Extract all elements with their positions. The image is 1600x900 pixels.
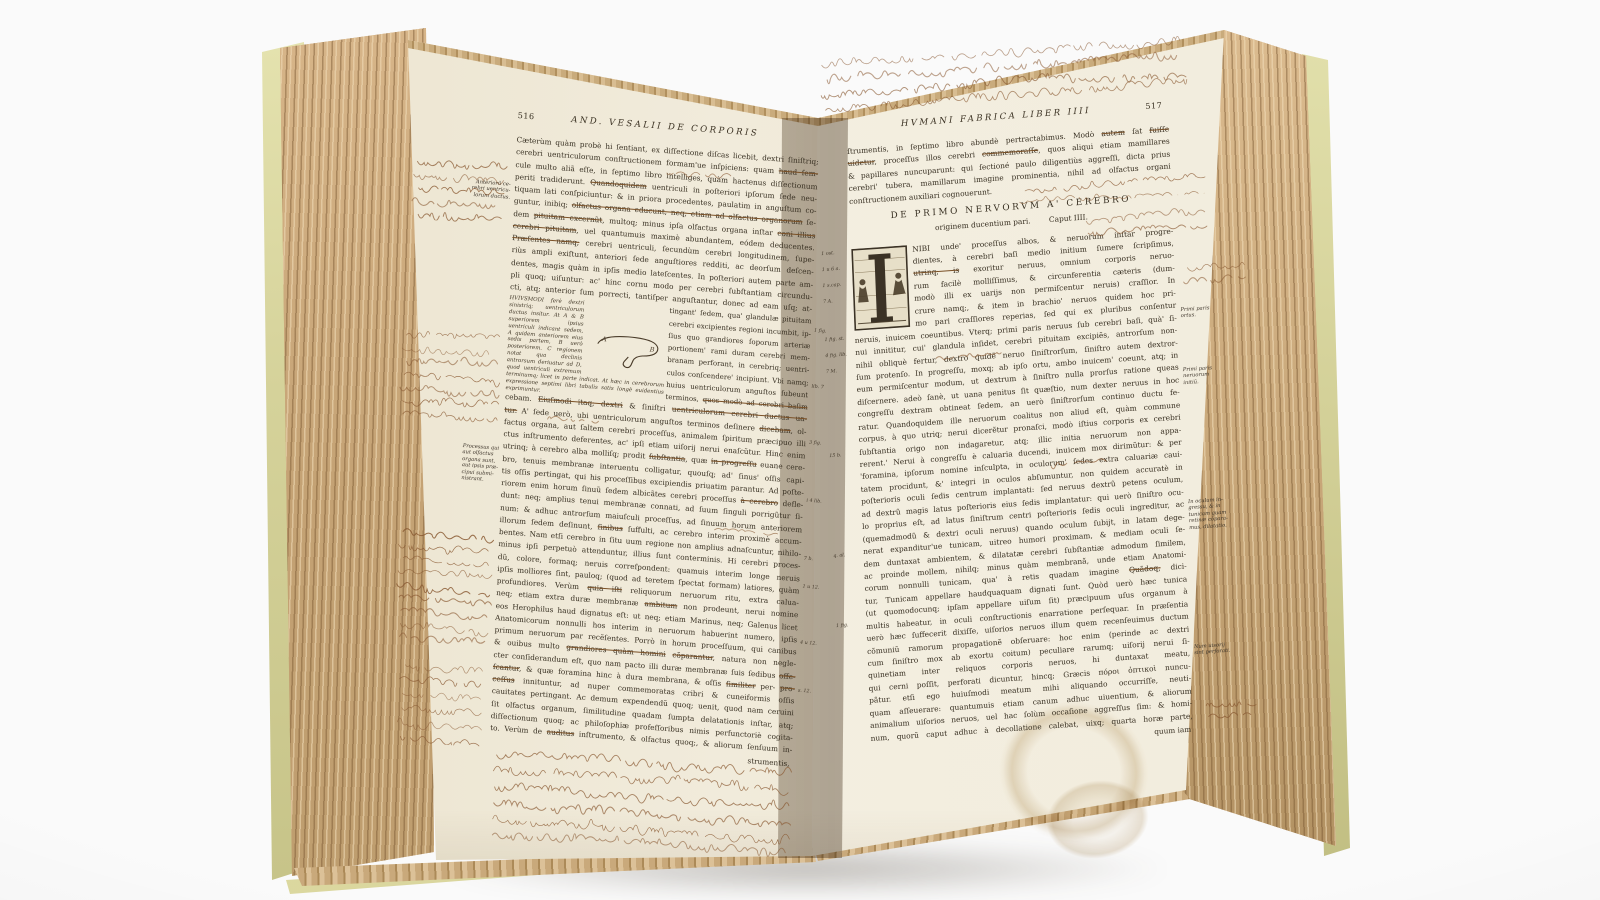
figure-reference: 7 b.	[804, 557, 813, 563]
book-photograph: 516 AND. VESALII DE CORPORIS Cæterùm quà…	[0, 0, 1600, 900]
figure-reference: 1 s.cap.	[822, 283, 841, 290]
figure-reference: s. 12.	[798, 689, 811, 696]
margin-note-num-uisorij: Num uisorij sint perforati.	[1194, 641, 1247, 657]
chapter-caput: Caput IIII.	[1049, 213, 1088, 225]
historiated-initial-I	[851, 245, 910, 331]
figure-reference: 1 u 6 a.	[822, 267, 840, 274]
left-page-content: 516 AND. VESALII DE CORPORIS Cæterùm quà…	[490, 110, 820, 757]
header-spacer	[796, 139, 820, 141]
page-number-left: 516	[517, 110, 534, 123]
figure-reference: 7 A.	[823, 299, 833, 305]
margin-note-primi-paris-ortus: Primi paris ortus.	[1180, 304, 1233, 320]
figure-reference: 1 u 12.	[802, 585, 819, 592]
page-number-right: 517	[1145, 100, 1162, 114]
right-page-body-text: NIBI unde' proceſſus albos, & neruorum i…	[851, 225, 1193, 745]
margin-note-anterior-ducts: Anteriorũ ce- rebri uentricu- lorum duct…	[454, 178, 511, 201]
left-page-body-text: Cæterùm quàm probè hi ſentiant, ex diſſe…	[490, 134, 819, 757]
figure-reference: lib. 7	[811, 385, 824, 392]
handwriting-strokes	[1182, 254, 1249, 287]
handwriting-strokes	[394, 523, 495, 648]
figure-reference: 1 fig.	[814, 329, 827, 336]
figure-reference: 1 ost.	[821, 251, 835, 258]
handwriting-strokes	[398, 326, 504, 426]
figure-reference: 15 b.	[829, 453, 841, 460]
catchword-right: quum iam	[1154, 724, 1191, 739]
margin-note-in-oculum: In oculum in- gressu, & in tunicam quam …	[1188, 496, 1241, 532]
handwriting-strokes	[395, 655, 487, 748]
handwriting-strokes	[1200, 695, 1257, 721]
margin-figure-references-right-page: 1 ost.1 u 6 a.1 s.cap.7 A.1 fig. st.4 fi…	[816, 122, 842, 124]
handwritten-annotation	[394, 523, 496, 652]
book-shadow	[295, 830, 1315, 900]
catchword-left: strumentis,	[747, 755, 790, 770]
handwritten-annotation	[1182, 254, 1249, 291]
figure-reference: i 4 lib.	[806, 499, 822, 506]
figure-reference: 4 u 12.	[800, 641, 817, 648]
margin-note-primi-paris-initium: Primi paris neruorum initiũ.	[1183, 364, 1236, 387]
handwritten-annotation	[398, 326, 504, 430]
margin-figure-references-left-page: 1 fig.lib. 73 fig.i 4 lib.7 b.1 u 12.4 u…	[823, 133, 845, 135]
diagram-label-b: B	[649, 345, 655, 353]
diagram-label-a: A	[601, 335, 607, 343]
figure-reference: 7 M.	[826, 369, 837, 376]
figure-reference: q. al.	[833, 553, 845, 560]
handwritten-annotation	[1200, 695, 1257, 725]
printed-inset-note: A B HVIVSMODI ferè dextri sinistriq; uen…	[505, 295, 667, 406]
handwritten-annotation	[395, 655, 487, 752]
figure-reference: 4 fig. lib.	[825, 353, 847, 360]
chapter-subheading: originem ducentium pari.	[935, 217, 1031, 233]
figure-reference: 1 fig. st.	[825, 337, 845, 344]
figure-reference: 3 fig.	[809, 441, 822, 448]
ventricle-diagram-figure: A B	[585, 327, 667, 377]
margin-note-processus: Processus qui aut olfactus organa sunt, …	[461, 443, 513, 485]
figure-reference: 1 fig.	[836, 623, 849, 630]
right-page-content: HVMANI FABRICA LIBER IIII 517 ſtrumentis…	[846, 99, 1193, 745]
